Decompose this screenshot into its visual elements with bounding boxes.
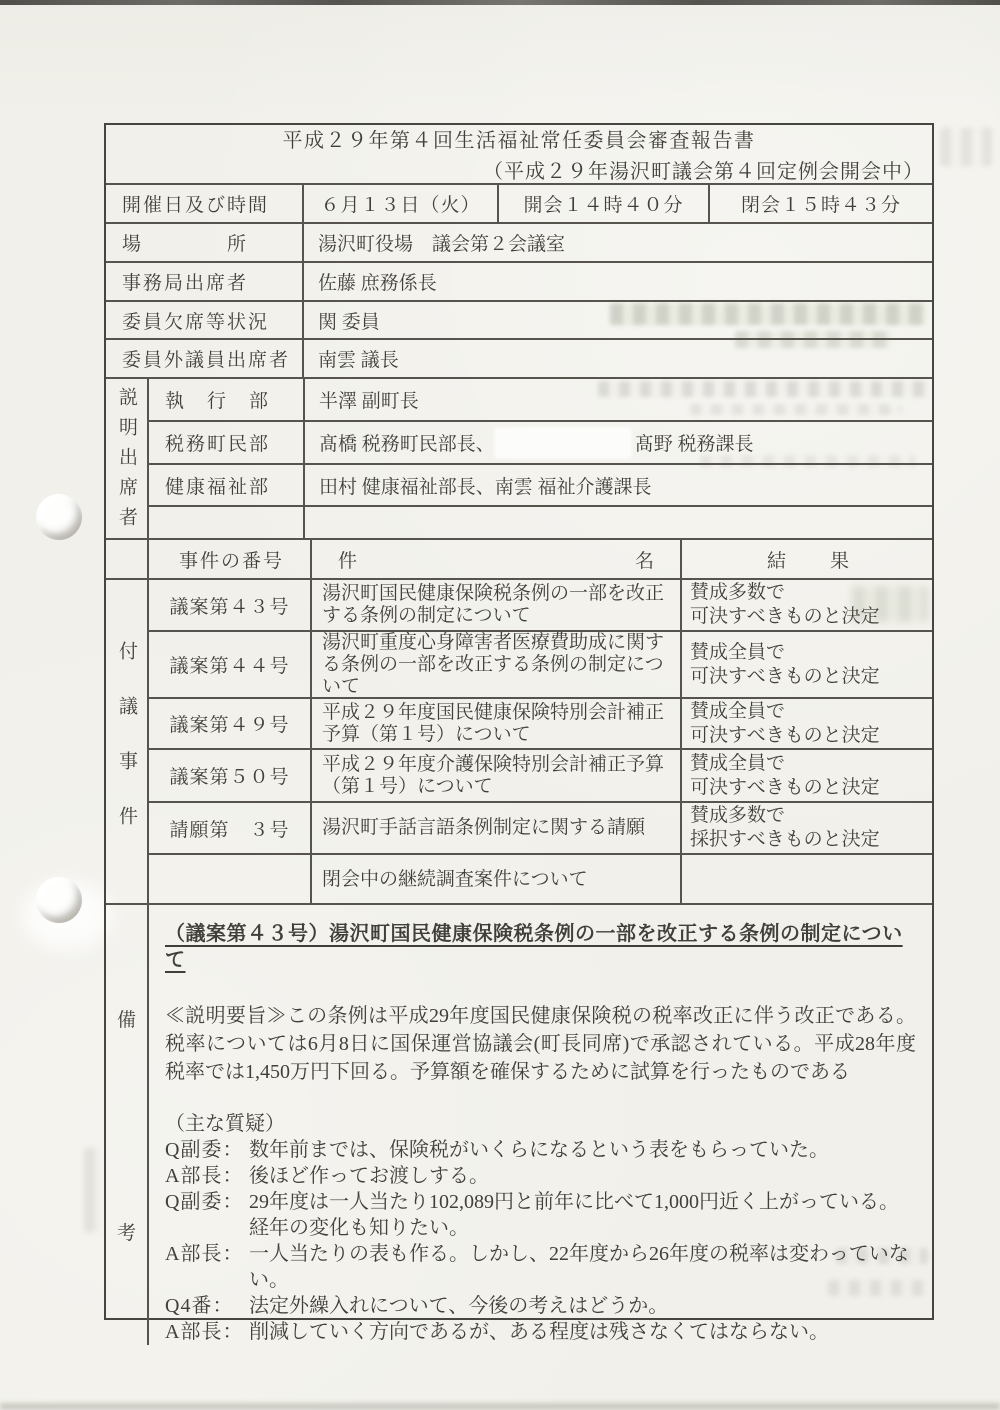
meta-row-nonmember: 委員外議員出席者 南雲 議長 xyxy=(106,340,932,379)
qa-line: A部長： 一人当たりの表も作る。しかし、22年度から26年度の税率は変わっていな… xyxy=(165,1241,922,1293)
meta-date: ６月１３日（火） xyxy=(304,185,499,222)
title-cell: 平成２９年第４回生活福祉常任委員会審査報告書 （平成２９年湯沢町議会第４回定例会… xyxy=(106,125,932,183)
remarks-label-bottom: 考 xyxy=(117,1218,136,1245)
explainer-names-after: 髙野 税務課長 xyxy=(635,429,754,456)
meta-open-time: 開会１４時４０分 xyxy=(499,185,710,222)
explainers-section-label: 説明出席者 xyxy=(113,381,140,537)
qa-speaker: A部長： xyxy=(165,1241,249,1293)
qa-line: Q副委： 29年度は一人当たり102,089円と前年に比べて1,000円近く上が… xyxy=(165,1189,922,1241)
agenda-result: 賛成多数で 可決すべきものと決定 xyxy=(682,580,932,630)
explainer-row-empty xyxy=(149,507,932,540)
agenda-result: 賛成全員で 可決すべきものと決定 xyxy=(682,632,932,697)
bleed-through-artifact xyxy=(84,1148,102,1232)
agenda-header-number: 事件の番号 xyxy=(149,540,312,578)
qa-speaker: A部長： xyxy=(165,1319,249,1345)
punch-hole-top xyxy=(36,494,82,540)
qa-speaker: Q副委： xyxy=(165,1189,249,1241)
explainer-dept: 税務町民部 xyxy=(149,422,305,463)
scanned-page: 平成２９年第４回生活福祉常任委員会審査報告書 （平成２９年湯沢町議会第４回定例会… xyxy=(0,0,1000,1410)
agenda-number xyxy=(149,855,312,905)
agenda-row: 議案第５０号 平成２９年度介護保険特別会計補正予算（第１号）について 賛成全員で… xyxy=(149,750,932,803)
agenda-section-label-cell: 付議事件 xyxy=(106,580,147,903)
agenda-header-name: 件 名 xyxy=(312,540,682,578)
qa-text: 一人当たりの表も作る。しかし、22年度から26年度の税率は変わっていない。 xyxy=(249,1241,922,1293)
qa-heading: （主な質疑） xyxy=(165,1111,922,1137)
remarks-summary: ≪説明要旨≫この条例は平成29年度国民健康保険税の税率改正に伴う改正である。税率… xyxy=(165,1002,922,1086)
qa-line: Q4番： 法定外繰入れについて、今後の考えはどうか。 xyxy=(165,1293,922,1319)
agenda-section-label-col: 付議事件 xyxy=(106,540,149,903)
qa-text: 法定外繰入れについて、今後の考えはどうか。 xyxy=(249,1293,922,1319)
report-title: 平成２９年第４回生活福祉常任委員会審査報告書 xyxy=(112,124,926,153)
remarks-heading: （議案第４３号）湯沢町国民健康保険税条例の一部を改正する条例の制定について xyxy=(165,921,922,973)
meta-row-place: 場 所 湯沢町役場 議会第２会議室 xyxy=(106,224,932,263)
agenda-result: 賛成全員で 可決すべきものと決定 xyxy=(682,750,932,801)
agenda-name: 湯沢町国民健康保険税条例の一部を改正する条例の制定について xyxy=(312,580,682,630)
qa-text: 削減していく方向であるが、ある程度は残さなくてはならない。 xyxy=(249,1319,922,1345)
report-table: 平成２９年第４回生活福祉常任委員会審査報告書 （平成２９年湯沢町議会第４回定例会… xyxy=(104,123,934,1320)
qa-line: A部長： 後ほど作ってお渡しする。 xyxy=(165,1163,922,1189)
agenda-header-result: 結 果 xyxy=(682,540,932,578)
qa-speaker: A部長： xyxy=(165,1163,249,1189)
meta-row-secretariat: 事務局出席者 佐藤 庶務係長 xyxy=(106,263,932,302)
meta-label-absent: 委員欠席等状況 xyxy=(106,302,304,338)
agenda-row: 議案第４４号 湯沢町重度心身障害者医療費助成に関する条例の一部を改正する条例の制… xyxy=(149,632,932,699)
meta-place: 湯沢町役場 議会第２会議室 xyxy=(304,224,932,261)
explainer-names-before: 髙橋 税務町民部長、 xyxy=(319,429,495,456)
explainer-row: 執 行 部 半澤 副町長 xyxy=(149,379,932,422)
agenda-header-row: 事件の番号 件 名 結 果 xyxy=(149,540,932,580)
agenda-number: 議案第５０号 xyxy=(149,750,312,801)
report-subtitle: （平成２９年湯沢町議会第４回定例会開会中） xyxy=(112,155,926,184)
remarks-section: 備 考 （議案第４３号）湯沢町国民健康保険税条例の一部を改正する条例の制定につい… xyxy=(106,905,932,1345)
meta-label-datetime: 開催日及び時間 xyxy=(106,185,304,222)
explainer-dept: 健康福祉部 xyxy=(149,465,305,505)
agenda-row: 議案第４９号 平成２９年度国民健康保険特別会計補正予算（第１号）について 賛成全… xyxy=(149,699,932,750)
qa-speaker: Q副委： xyxy=(165,1137,249,1163)
agenda-name: 平成２９年度介護保険特別会計補正予算（第１号）について xyxy=(312,750,682,801)
redaction-box xyxy=(497,430,629,456)
remarks-body: （議案第４３号）湯沢町国民健康保険税条例の一部を改正する条例の制定について ≪説… xyxy=(149,905,932,1345)
agenda-section: 付議事件 事件の番号 件 名 結 果 議案第４３号 湯沢町国民健康保険税条例の一… xyxy=(106,540,932,905)
agenda-row: 議案第４３号 湯沢町国民健康保険税条例の一部を改正する条例の制定について 賛成多… xyxy=(149,580,932,632)
explainer-row: 税務町民部 髙橋 税務町民部長、 髙野 税務課長 xyxy=(149,422,932,465)
explainers-section-label-cell: 説明出席者 xyxy=(106,379,149,538)
explainer-names: 田村 健康福祉部長、南雲 福祉介護課長 xyxy=(305,465,932,505)
meta-row-absent: 委員欠席等状況 関 委員 xyxy=(106,302,932,340)
agenda-result xyxy=(682,855,932,905)
agenda-label-header-stub xyxy=(106,540,147,580)
scan-top-edge-artifact xyxy=(0,0,1000,5)
agenda-name: 平成２９年度国民健康保険特別会計補正予算（第１号）について xyxy=(312,699,682,748)
agenda-result: 賛成全員で 可決すべきものと決定 xyxy=(682,699,932,748)
qa-speaker: Q4番： xyxy=(165,1293,249,1319)
remarks-section-label: 備 考 xyxy=(117,905,136,1345)
agenda-header-name-right: 名 xyxy=(635,546,654,573)
qa-text: 数年前までは、保険税がいくらになるという表をもらっていた。 xyxy=(249,1137,922,1163)
agenda-name: 閉会中の継続調査案件について xyxy=(312,855,682,905)
explainer-dept xyxy=(149,507,305,540)
agenda-header-name-left: 件 xyxy=(338,546,357,573)
meta-absent: 関 委員 xyxy=(304,302,932,338)
agenda-row: 請願第 ３号 湯沢町手話言語条例制定に関する請願 賛成多数で 採択すべきものと決… xyxy=(149,803,932,855)
scan-bottom-edge-artifact xyxy=(0,1403,1000,1410)
meta-row-datetime: 開催日及び時間 ６月１３日（火） 開会１４時４０分 閉会１５時４３分 xyxy=(106,185,932,224)
remarks-section-label-cell: 備 考 xyxy=(106,905,149,1345)
agenda-name: 湯沢町手話言語条例制定に関する請願 xyxy=(312,803,682,853)
qa-line: Q副委： 数年前までは、保険税がいくらになるという表をもらっていた。 xyxy=(165,1137,922,1163)
agenda-rows: 事件の番号 件 名 結 果 議案第４３号 湯沢町国民健康保険税条例の一部を改正す… xyxy=(149,540,932,903)
agenda-name: 湯沢町重度心身障害者医療費助成に関する条例の一部を改正する条例の制定について xyxy=(312,632,682,697)
title-row: 平成２９年第４回生活福祉常任委員会審査報告書 （平成２９年湯沢町議会第４回定例会… xyxy=(106,125,932,185)
explainer-dept: 執 行 部 xyxy=(149,379,305,420)
meta-close-time: 閉会１５時４３分 xyxy=(710,185,932,222)
agenda-section-label: 付議事件 xyxy=(113,623,140,861)
explainer-row: 健康福祉部 田村 健康福祉部長、南雲 福祉介護課長 xyxy=(149,465,932,507)
qa-line: A部長： 削減していく方向であるが、ある程度は残さなくてはならない。 xyxy=(165,1319,922,1345)
agenda-number: 議案第４４号 xyxy=(149,632,312,697)
agenda-number: 議案第４３号 xyxy=(149,580,312,630)
explainer-names: 半澤 副町長 xyxy=(305,379,932,420)
meta-secretariat: 佐藤 庶務係長 xyxy=(304,263,932,300)
meta-nonmember: 南雲 議長 xyxy=(304,340,932,377)
explainers-section: 説明出席者 執 行 部 半澤 副町長 税務町民部 髙橋 税務町民部長、 髙野 税… xyxy=(106,379,932,540)
agenda-result: 賛成多数で 採択すべきものと決定 xyxy=(682,803,932,853)
remarks-label-top: 備 xyxy=(117,1005,136,1032)
explainers-rows: 執 行 部 半澤 副町長 税務町民部 髙橋 税務町民部長、 髙野 税務課長 健康… xyxy=(149,379,932,538)
agenda-row: 閉会中の継続調査案件について xyxy=(149,855,932,905)
agenda-number: 請願第 ３号 xyxy=(149,803,312,853)
meta-label-secretariat: 事務局出席者 xyxy=(106,263,304,300)
qa-text: 29年度は一人当たり102,089円と前年に比べて1,000円近く上がっている。… xyxy=(249,1189,922,1241)
agenda-number: 議案第４９号 xyxy=(149,699,312,748)
explainer-names: 髙橋 税務町民部長、 髙野 税務課長 xyxy=(305,422,932,463)
meta-label-place: 場 所 xyxy=(106,224,304,261)
qa-text: 後ほど作ってお渡しする。 xyxy=(249,1163,922,1189)
meta-label-nonmember: 委員外議員出席者 xyxy=(106,340,304,377)
punch-hole-bottom xyxy=(36,877,82,923)
explainer-names xyxy=(305,507,932,540)
bleed-through-artifact xyxy=(940,128,992,166)
